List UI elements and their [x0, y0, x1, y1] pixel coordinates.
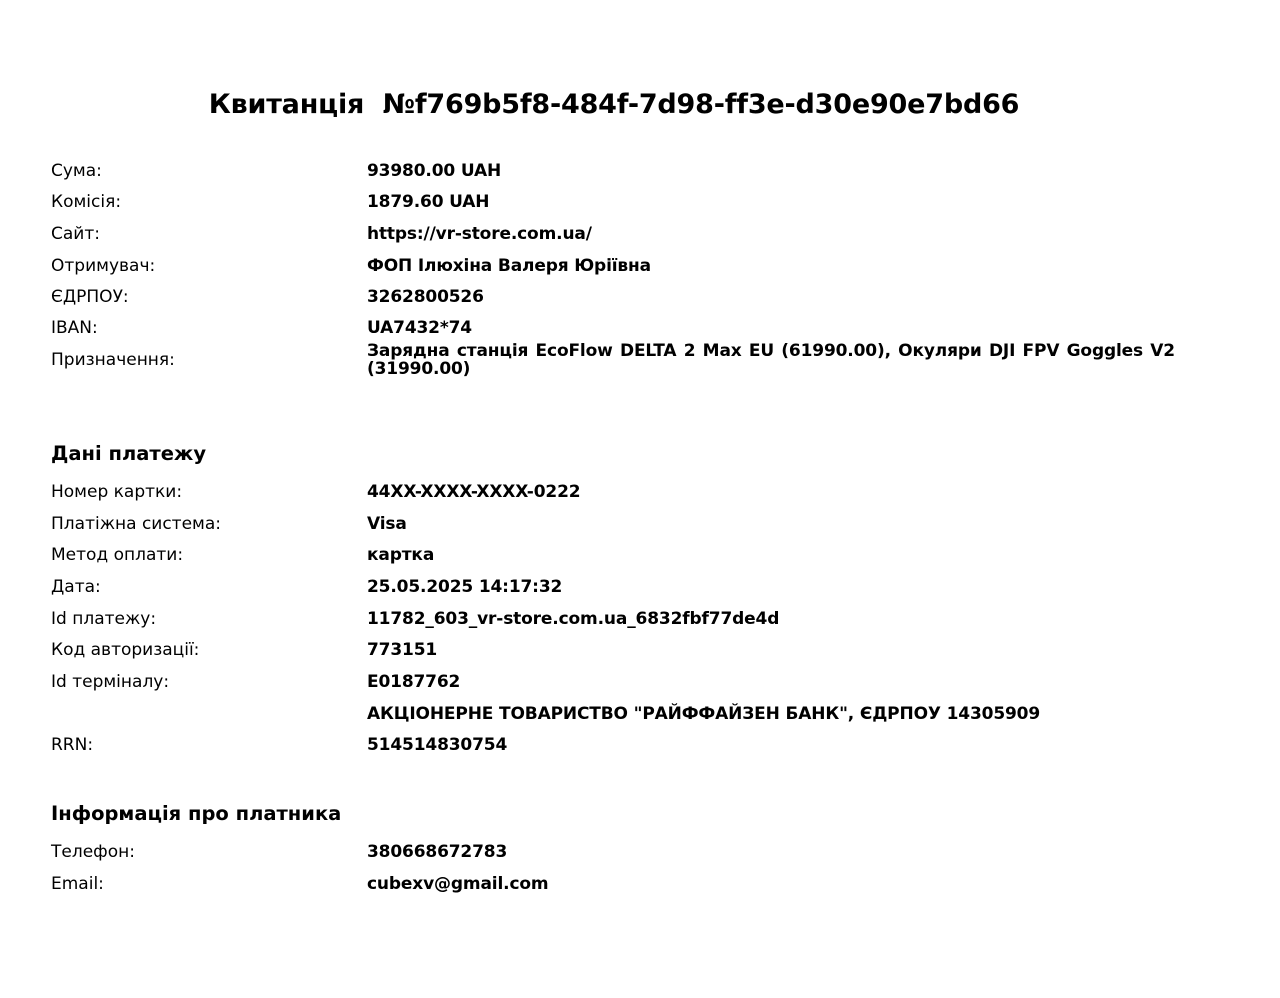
field-terminal-id: Id терміналу: E0187762 — [0, 671, 1280, 701]
field-value: https://vr-store.com.ua/ — [367, 223, 592, 245]
field-email: Email: cubexv@gmail.com — [0, 873, 1280, 903]
field-label: Телефон: — [51, 841, 135, 863]
field-label: Призначення: — [51, 349, 175, 371]
field-value: АКЦІОНЕРНЕ ТОВАРИСТВО "РАЙФФАЙЗЕН БАНК",… — [367, 703, 1040, 725]
field-value: 380668672783 — [367, 841, 507, 863]
field-label: Дата: — [51, 576, 101, 598]
field-auth-code: Код авторизації: 773151 — [0, 639, 1280, 669]
field-date: Дата: 25.05.2025 14:17:32 — [0, 576, 1280, 606]
field-payment-system: Платіжна система: Visa — [0, 513, 1280, 543]
field-value: картка — [367, 544, 434, 566]
field-recipient: Отримувач: ФОП Ілюхіна Валеря Юріївна — [0, 255, 1280, 285]
field-edrpou: ЄДРПОУ: 3262800526 — [0, 286, 1280, 316]
field-value: 93980.00 UAH — [367, 160, 501, 182]
section-heading-payer: Інформація про платника — [51, 802, 341, 825]
field-label: Id платежу: — [51, 608, 156, 630]
receipt-title: Квитанція №f769b5f8-484f-7d98-ff3e-d30e9… — [0, 89, 1228, 120]
field-value: 514514830754 — [367, 734, 507, 756]
field-value: cubexv@gmail.com — [367, 873, 548, 895]
field-label: RRN: — [51, 734, 93, 756]
field-label: Id терміналу: — [51, 671, 169, 693]
field-value: E0187762 — [367, 671, 460, 693]
field-rrn: RRN: 514514830754 — [0, 734, 1280, 764]
field-label: Сума: — [51, 160, 102, 182]
field-label: Отримувач: — [51, 255, 155, 277]
field-label: Комісія: — [51, 191, 121, 213]
field-value: 3262800526 — [367, 286, 484, 308]
field-label: Сайт: — [51, 223, 100, 245]
field-value: Зарядна станція EcoFlow DELTA 2 Max EU (… — [367, 342, 1175, 378]
field-site: Сайт: https://vr-store.com.ua/ — [0, 223, 1280, 253]
field-payment-method: Метод оплати: картка — [0, 544, 1280, 574]
field-purpose: Призначення: Зарядна станція EcoFlow DEL… — [0, 349, 1280, 389]
field-payment-id: Id платежу: 11782_603_vr-store.com.ua_68… — [0, 608, 1280, 638]
field-label: Платіжна система: — [51, 513, 221, 535]
field-value: 25.05.2025 14:17:32 — [367, 576, 562, 598]
field-label: ЄДРПОУ: — [51, 286, 129, 308]
field-value: ФОП Ілюхіна Валеря Юріївна — [367, 255, 651, 277]
field-value: 11782_603_vr-store.com.ua_6832fbf77de4d — [367, 608, 779, 630]
receipt-number: №f769b5f8-484f-7d98-ff3e-d30e90e7bd66 — [383, 89, 1020, 120]
field-label: Email: — [51, 873, 104, 895]
receipt-title-word: Квитанція — [209, 89, 364, 120]
field-value: Visa — [367, 513, 407, 535]
field-amount: Сума: 93980.00 UAH — [0, 160, 1280, 190]
field-value: 44XX-XXXX-XXXX-0222 — [367, 481, 580, 503]
field-value: 773151 — [367, 639, 437, 661]
section-heading-payment: Дані платежу — [51, 442, 206, 465]
field-label: Код авторизації: — [51, 639, 199, 661]
field-commission: Комісія: 1879.60 UAH — [0, 191, 1280, 221]
field-value: 1879.60 UAH — [367, 191, 489, 213]
field-label: Номер картки: — [51, 481, 182, 503]
field-card-number: Номер картки: 44XX-XXXX-XXXX-0222 — [0, 481, 1280, 511]
field-bank: АКЦІОНЕРНЕ ТОВАРИСТВО "РАЙФФАЙЗЕН БАНК",… — [0, 703, 1280, 733]
field-label: Метод оплати: — [51, 544, 183, 566]
field-label: IBAN: — [51, 317, 98, 339]
field-phone: Телефон: 380668672783 — [0, 841, 1280, 871]
field-value: UA7432*74 — [367, 317, 472, 339]
